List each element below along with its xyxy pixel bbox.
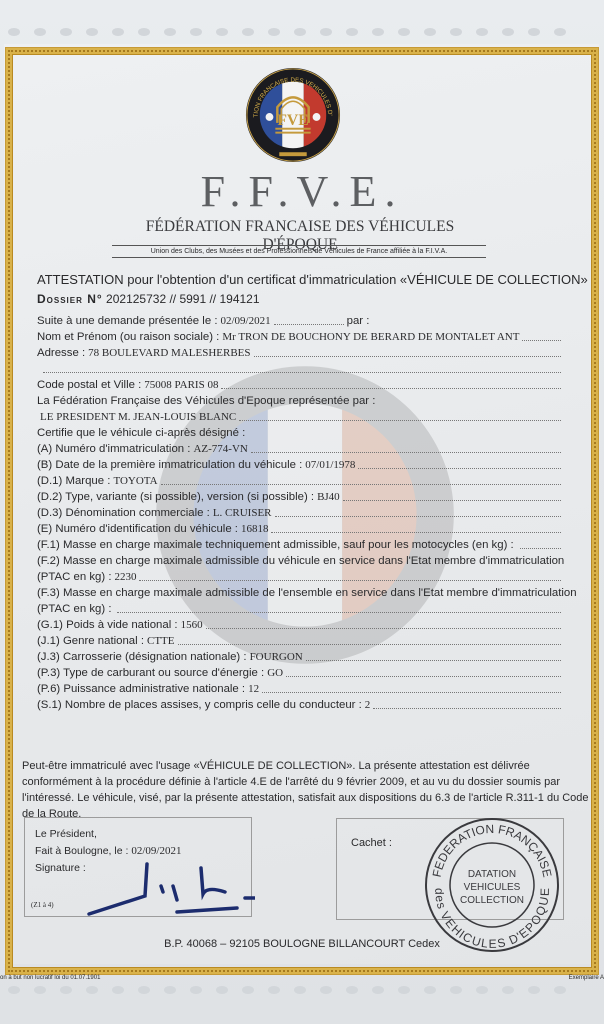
field-value: 12 xyxy=(248,681,259,697)
field-line: (J.1) Genre national :CTTE xyxy=(37,633,561,649)
field-line xyxy=(37,361,561,377)
field-label: Nom et Prénom (ou raison sociale) : xyxy=(37,329,219,345)
field-value: 16818 xyxy=(241,521,269,537)
dotted-leader xyxy=(221,377,561,389)
field-value: 02/09/2021 xyxy=(220,313,270,329)
field-line: Certifie que le véhicule ci-après désign… xyxy=(37,425,561,441)
field-value: 2230 xyxy=(114,569,136,585)
binder-holes-top xyxy=(0,28,604,42)
dotted-leader xyxy=(251,441,561,453)
field-label: Certifie que le véhicule ci-après désign… xyxy=(37,425,245,441)
field-label: (D.2) Type, variante (si possible), vers… xyxy=(37,489,314,505)
closing-paragraph: Peut-être immatriculé avec l'usage «VÉHI… xyxy=(22,758,592,822)
attestation-body: ATTESTATION pour l'obtention d'un certif… xyxy=(37,272,561,713)
field-value: BJ40 xyxy=(317,489,340,505)
acronym-title: F.F.V.E. xyxy=(0,166,604,217)
signature-box: Le Président, Fait à Boulogne, le : 02/0… xyxy=(24,817,252,917)
dotted-leader xyxy=(520,537,561,549)
president-label: Le Président, xyxy=(35,826,251,843)
field-label: (A) Numéro d'immatriculation : xyxy=(37,441,190,457)
field-label: (F.2) Masse en charge maximale admissibl… xyxy=(37,553,564,569)
union-subtitle: Union des Clubs, des Musées et des Profe… xyxy=(112,245,486,258)
field-line: (D.1) Marque :TOYOTA xyxy=(37,473,561,489)
field-line: LE PRESIDENT M. JEAN-LOUIS BLANC xyxy=(37,409,561,425)
dossier-number: Dossier N° 202125732 // 5991 // 194121 xyxy=(37,291,561,307)
field-value: 78 BOULEVARD MALESHERBES xyxy=(88,345,250,361)
field-label: (B) Date de la première immatriculation … xyxy=(37,457,302,473)
field-value: Mr TRON DE BOUCHONY DE BERARD DE MONTALE… xyxy=(222,329,519,345)
footer-address: B.P. 40068 – 92105 BOULOGNE BILLANCOURT … xyxy=(0,938,604,950)
svg-text:FVE: FVE xyxy=(277,112,308,129)
field-value: GO xyxy=(267,665,283,681)
field-label: (D.3) Dénomination commerciale : xyxy=(37,505,210,521)
field-label: (P.6) Puissance administrative nationale… xyxy=(37,681,245,697)
dotted-leader xyxy=(178,633,562,645)
field-label: (D.1) Marque : xyxy=(37,473,110,489)
dotted-leader xyxy=(358,457,561,469)
field-line: (G.1) Poids à vide national :1560 xyxy=(37,617,561,633)
dotted-leader xyxy=(262,681,561,693)
svg-text:COLLECTION: COLLECTION xyxy=(460,895,524,906)
field-line: La Fédération Française des Véhicules d'… xyxy=(37,393,561,409)
field-line: (D.2) Type, variante (si possible), vers… xyxy=(37,489,561,505)
dotted-leader xyxy=(343,489,561,501)
dossier-label: Dossier N° xyxy=(37,292,103,306)
svg-text:VEHICULES: VEHICULES xyxy=(464,882,521,893)
field-label: (S.1) Nombre de places assises, y compri… xyxy=(37,697,362,713)
field-label: (F.3) Masse en charge maximale admissibl… xyxy=(37,585,577,601)
ffve-logo-icon: FVE FEDERATION FRANCAISE DES VEHICULES D… xyxy=(244,66,342,164)
field-line: (B) Date de la première immatriculation … xyxy=(37,457,561,473)
field-line: (D.3) Dénomination commerciale :L. CRUIS… xyxy=(37,505,561,521)
field-line: (P.6) Puissance administrative nationale… xyxy=(37,681,561,697)
binder-holes-bottom xyxy=(0,986,604,1000)
field-suffix: par : xyxy=(347,313,370,329)
field-label: (J.1) Genre national : xyxy=(37,633,144,649)
attestation-title: ATTESTATION pour l'obtention d'un certif… xyxy=(37,272,561,288)
field-line: (F.2) Masse en charge maximale admissibl… xyxy=(37,553,561,569)
field-value: LE PRESIDENT M. JEAN-LOUIS BLANC xyxy=(40,409,236,425)
footer-copy-note: Exemplaire A xyxy=(569,975,604,981)
field-value: FOURGON xyxy=(250,649,303,665)
field-value: L. CRUISER xyxy=(213,505,272,521)
dotted-leader xyxy=(43,361,561,373)
dotted-leader xyxy=(239,409,561,421)
field-value: AZ-774-VN xyxy=(193,441,247,457)
zone-note: (Z1 à 4) xyxy=(31,897,54,914)
field-line: (A) Numéro d'immatriculation :AZ-774-VN xyxy=(37,441,561,457)
field-line: (PTAC en kg) : xyxy=(37,601,561,617)
dotted-leader xyxy=(306,649,561,661)
field-line: Code postal et Ville :75008 PARIS 08 xyxy=(37,377,561,393)
field-label: (P.3) Type de carburant ou source d'éner… xyxy=(37,665,264,681)
field-line: (J.3) Carrosserie (désignation nationale… xyxy=(37,649,561,665)
field-value: 2 xyxy=(365,697,371,713)
datation-stamp-icon: FEDERATION FRANÇAISE des VEHICULES D'EPO… xyxy=(422,815,562,955)
field-label: (F.1) Masse en charge maximale technique… xyxy=(37,537,514,553)
field-label: (G.1) Poids à vide national : xyxy=(37,617,178,633)
field-line: (F.1) Masse en charge maximale technique… xyxy=(37,537,561,553)
field-line: (PTAC en kg) :2230 xyxy=(37,569,561,585)
dotted-leader xyxy=(286,665,561,677)
field-label: Suite à une demande présentée le : xyxy=(37,313,217,329)
field-line: Adresse :78 BOULEVARD MALESHERBES xyxy=(37,345,561,361)
dotted-leader xyxy=(139,569,561,581)
dotted-leader xyxy=(522,329,561,341)
dotted-leader xyxy=(271,521,561,533)
field-line: Nom et Prénom (ou raison sociale) :Mr TR… xyxy=(37,329,561,345)
field-value: 07/01/1978 xyxy=(305,457,355,473)
field-label: (PTAC en kg) : xyxy=(37,569,111,585)
field-label: (PTAC en kg) : xyxy=(37,601,111,617)
dotted-leader xyxy=(161,473,561,485)
field-label: La Fédération Française des Véhicules d'… xyxy=(37,393,375,409)
field-line: Suite à une demande présentée le :02/09/… xyxy=(37,313,561,329)
dotted-leader xyxy=(373,697,561,709)
dossier-value: 202125732 // 5991 // 194121 xyxy=(106,292,259,306)
field-line: (E) Numéro d'identification du véhicule … xyxy=(37,521,561,537)
dotted-leader xyxy=(254,345,562,357)
svg-text:DATATION: DATATION xyxy=(468,869,516,880)
field-line: (P.3) Type de carburant ou source d'éner… xyxy=(37,665,561,681)
handwritten-signature-icon xyxy=(85,856,255,916)
dotted-leader xyxy=(117,601,561,613)
field-line: (S.1) Nombre de places assises, y compri… xyxy=(37,697,561,713)
field-value: 1560 xyxy=(181,617,203,633)
field-label: (J.3) Carrosserie (désignation nationale… xyxy=(37,649,247,665)
dotted-leader xyxy=(274,313,344,325)
dotted-leader xyxy=(275,505,561,517)
field-list: Suite à une demande présentée le :02/09/… xyxy=(37,313,561,713)
footer-legal-note: on à but non lucratif loi du 01.07.1901 xyxy=(0,975,100,981)
field-value: CTTE xyxy=(147,633,175,649)
field-label: (E) Numéro d'identification du véhicule … xyxy=(37,521,238,537)
dotted-leader xyxy=(206,617,561,629)
field-value: 75008 PARIS 08 xyxy=(144,377,218,393)
field-label: Adresse : xyxy=(37,345,85,361)
field-label: Code postal et Ville : xyxy=(37,377,141,393)
field-value: TOYOTA xyxy=(113,473,157,489)
field-line: (F.3) Masse en charge maximale admissibl… xyxy=(37,585,561,601)
